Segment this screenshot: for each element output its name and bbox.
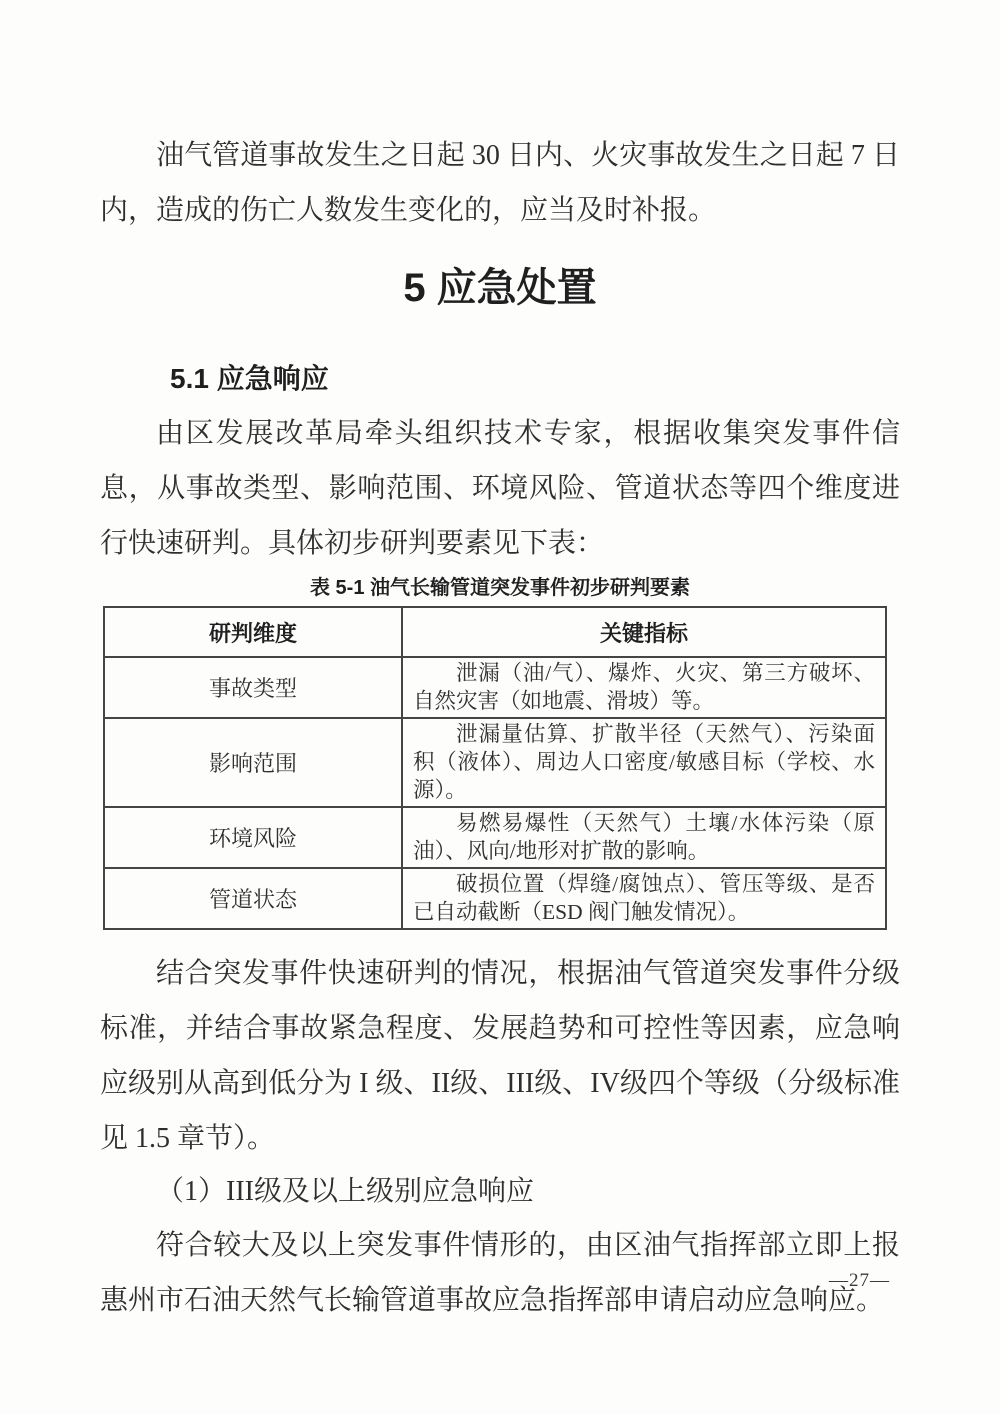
item-1-paragraph: 符合较大及以上突发事件情形的，由区油气指挥部立即上报惠州市石油天然气长输管道事故… — [100, 1218, 900, 1328]
row-indicators: 易燃易爆性（天然气）土壤/水体污染（原油）、风向/地形对扩散的影响。 — [402, 807, 886, 868]
table-row: 影响范围 泄漏量估算、扩散半径（天然气）、污染面积（液体）、周边人口密度/敏感目… — [104, 718, 886, 807]
section-heading: 5.1 应急响应 — [100, 362, 900, 396]
table-header-dimension: 研判维度 — [104, 607, 402, 657]
row-dimension: 管道状态 — [104, 868, 402, 929]
section-paragraph: 由区发展改革局牵头组织技术专家，根据收集突发事件信息，从事故类型、影响范围、环境… — [100, 406, 900, 571]
document-page: 油气管道事故发生之日起 30 日内、火灾事故发生之日起 7 日内，造成的伤亡人数… — [0, 0, 1000, 1414]
item-1-heading: （1）III级及以上级别应急响应 — [100, 1166, 900, 1218]
table-header-indicators: 关键指标 — [402, 607, 886, 657]
table-header-row: 研判维度 关键指标 — [104, 607, 886, 657]
table-caption: 表 5-1 油气长输管道突发事件初步研判要素 — [100, 574, 900, 602]
table-row: 事故类型 泄漏（油/气）、爆炸、火灾、第三方破坏、自然灾害（如地震、滑坡）等。 — [104, 657, 886, 718]
row-dimension: 环境风险 — [104, 807, 402, 868]
table-row: 环境风险 易燃易爆性（天然气）土壤/水体污染（原油）、风向/地形对扩散的影响。 — [104, 807, 886, 868]
row-indicators: 泄漏量估算、扩散半径（天然气）、污染面积（液体）、周边人口密度/敏感目标（学校、… — [402, 718, 886, 807]
chapter-heading: 5 应急处置 — [100, 258, 900, 318]
table-row: 管道状态 破损位置（焊缝/腐蚀点）、管压等级、是否已自动截断（ESD 阀门触发情… — [104, 868, 886, 929]
row-indicators: 泄漏（油/气）、爆炸、火灾、第三方破坏、自然灾害（如地震、滑坡）等。 — [402, 657, 886, 718]
intro-paragraph: 油气管道事故发生之日起 30 日内、火灾事故发生之日起 7 日内，造成的伤亡人数… — [100, 128, 900, 238]
row-dimension: 事故类型 — [104, 657, 402, 718]
row-dimension: 影响范围 — [104, 718, 402, 807]
grading-paragraph: 结合突发事件快速研判的情况，根据油气管道突发事件分级标准，并结合事故紧急程度、发… — [100, 946, 900, 1166]
row-indicators: 破损位置（焊缝/腐蚀点）、管压等级、是否已自动截断（ESD 阀门触发情况）。 — [402, 868, 886, 929]
judgment-factors-table: 研判维度 关键指标 事故类型 泄漏（油/气）、爆炸、火灾、第三方破坏、自然灾害（… — [103, 606, 887, 930]
page-number: —27— — [829, 1270, 890, 1292]
